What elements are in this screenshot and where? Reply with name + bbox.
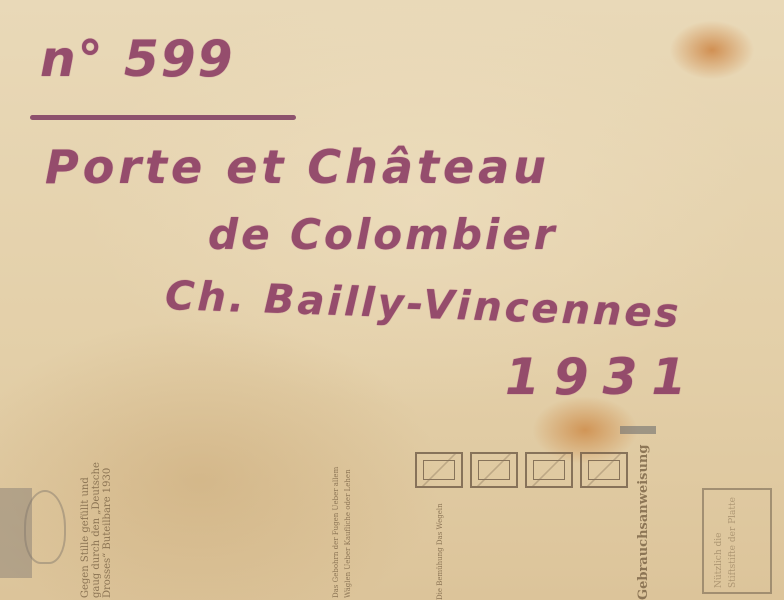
newsprint-line: durch den — [91, 518, 102, 570]
inventory-number: n° 599 — [40, 30, 234, 88]
newsprint-illustration-4 — [580, 452, 628, 488]
stamp-line: Stiftstifte — [728, 545, 738, 588]
newsprint-heading: Das Gebohrn der Fugen — [332, 513, 340, 598]
newsprint-illustration-2 — [470, 452, 518, 488]
newsprint-illustration-3 — [525, 452, 573, 488]
stamp-line: der Platte — [728, 497, 738, 542]
title-line-2: de Colombier — [208, 210, 558, 259]
newsprint-stamp-box: Nützlich die Stiftstifte der Platte — [702, 488, 772, 594]
number-underline — [30, 115, 296, 120]
newsprint-body-headings: Die Bemühung Das Wegeln — [420, 495, 460, 600]
stamp-line: Nützlich die — [714, 533, 724, 588]
newsprint-left-fragment: Gegen Stille gefüllt und gaug durch den … — [80, 458, 113, 598]
year: 1931 — [505, 348, 700, 406]
newsprint-illustration-1 — [415, 452, 463, 488]
newsprint-line: Buteilbare 1930 — [102, 468, 113, 550]
newsprint-right-heading: Gebrauchsanweisung — [638, 448, 650, 600]
newsprint-heading: Die Bemühung — [436, 547, 444, 600]
newsprint-heading: Ueber Kaufliche oder Lehen — [344, 469, 352, 569]
newsprint-small-bar — [620, 426, 656, 434]
bird-emblem-icon — [24, 490, 66, 564]
newsprint-center-headings: Das Gebohrn der Fugen Ueber allem Wäglen… — [330, 448, 354, 598]
newsprint-heading: Das Wegeln — [436, 503, 444, 545]
title-line-1: Porte et Château — [45, 140, 550, 194]
